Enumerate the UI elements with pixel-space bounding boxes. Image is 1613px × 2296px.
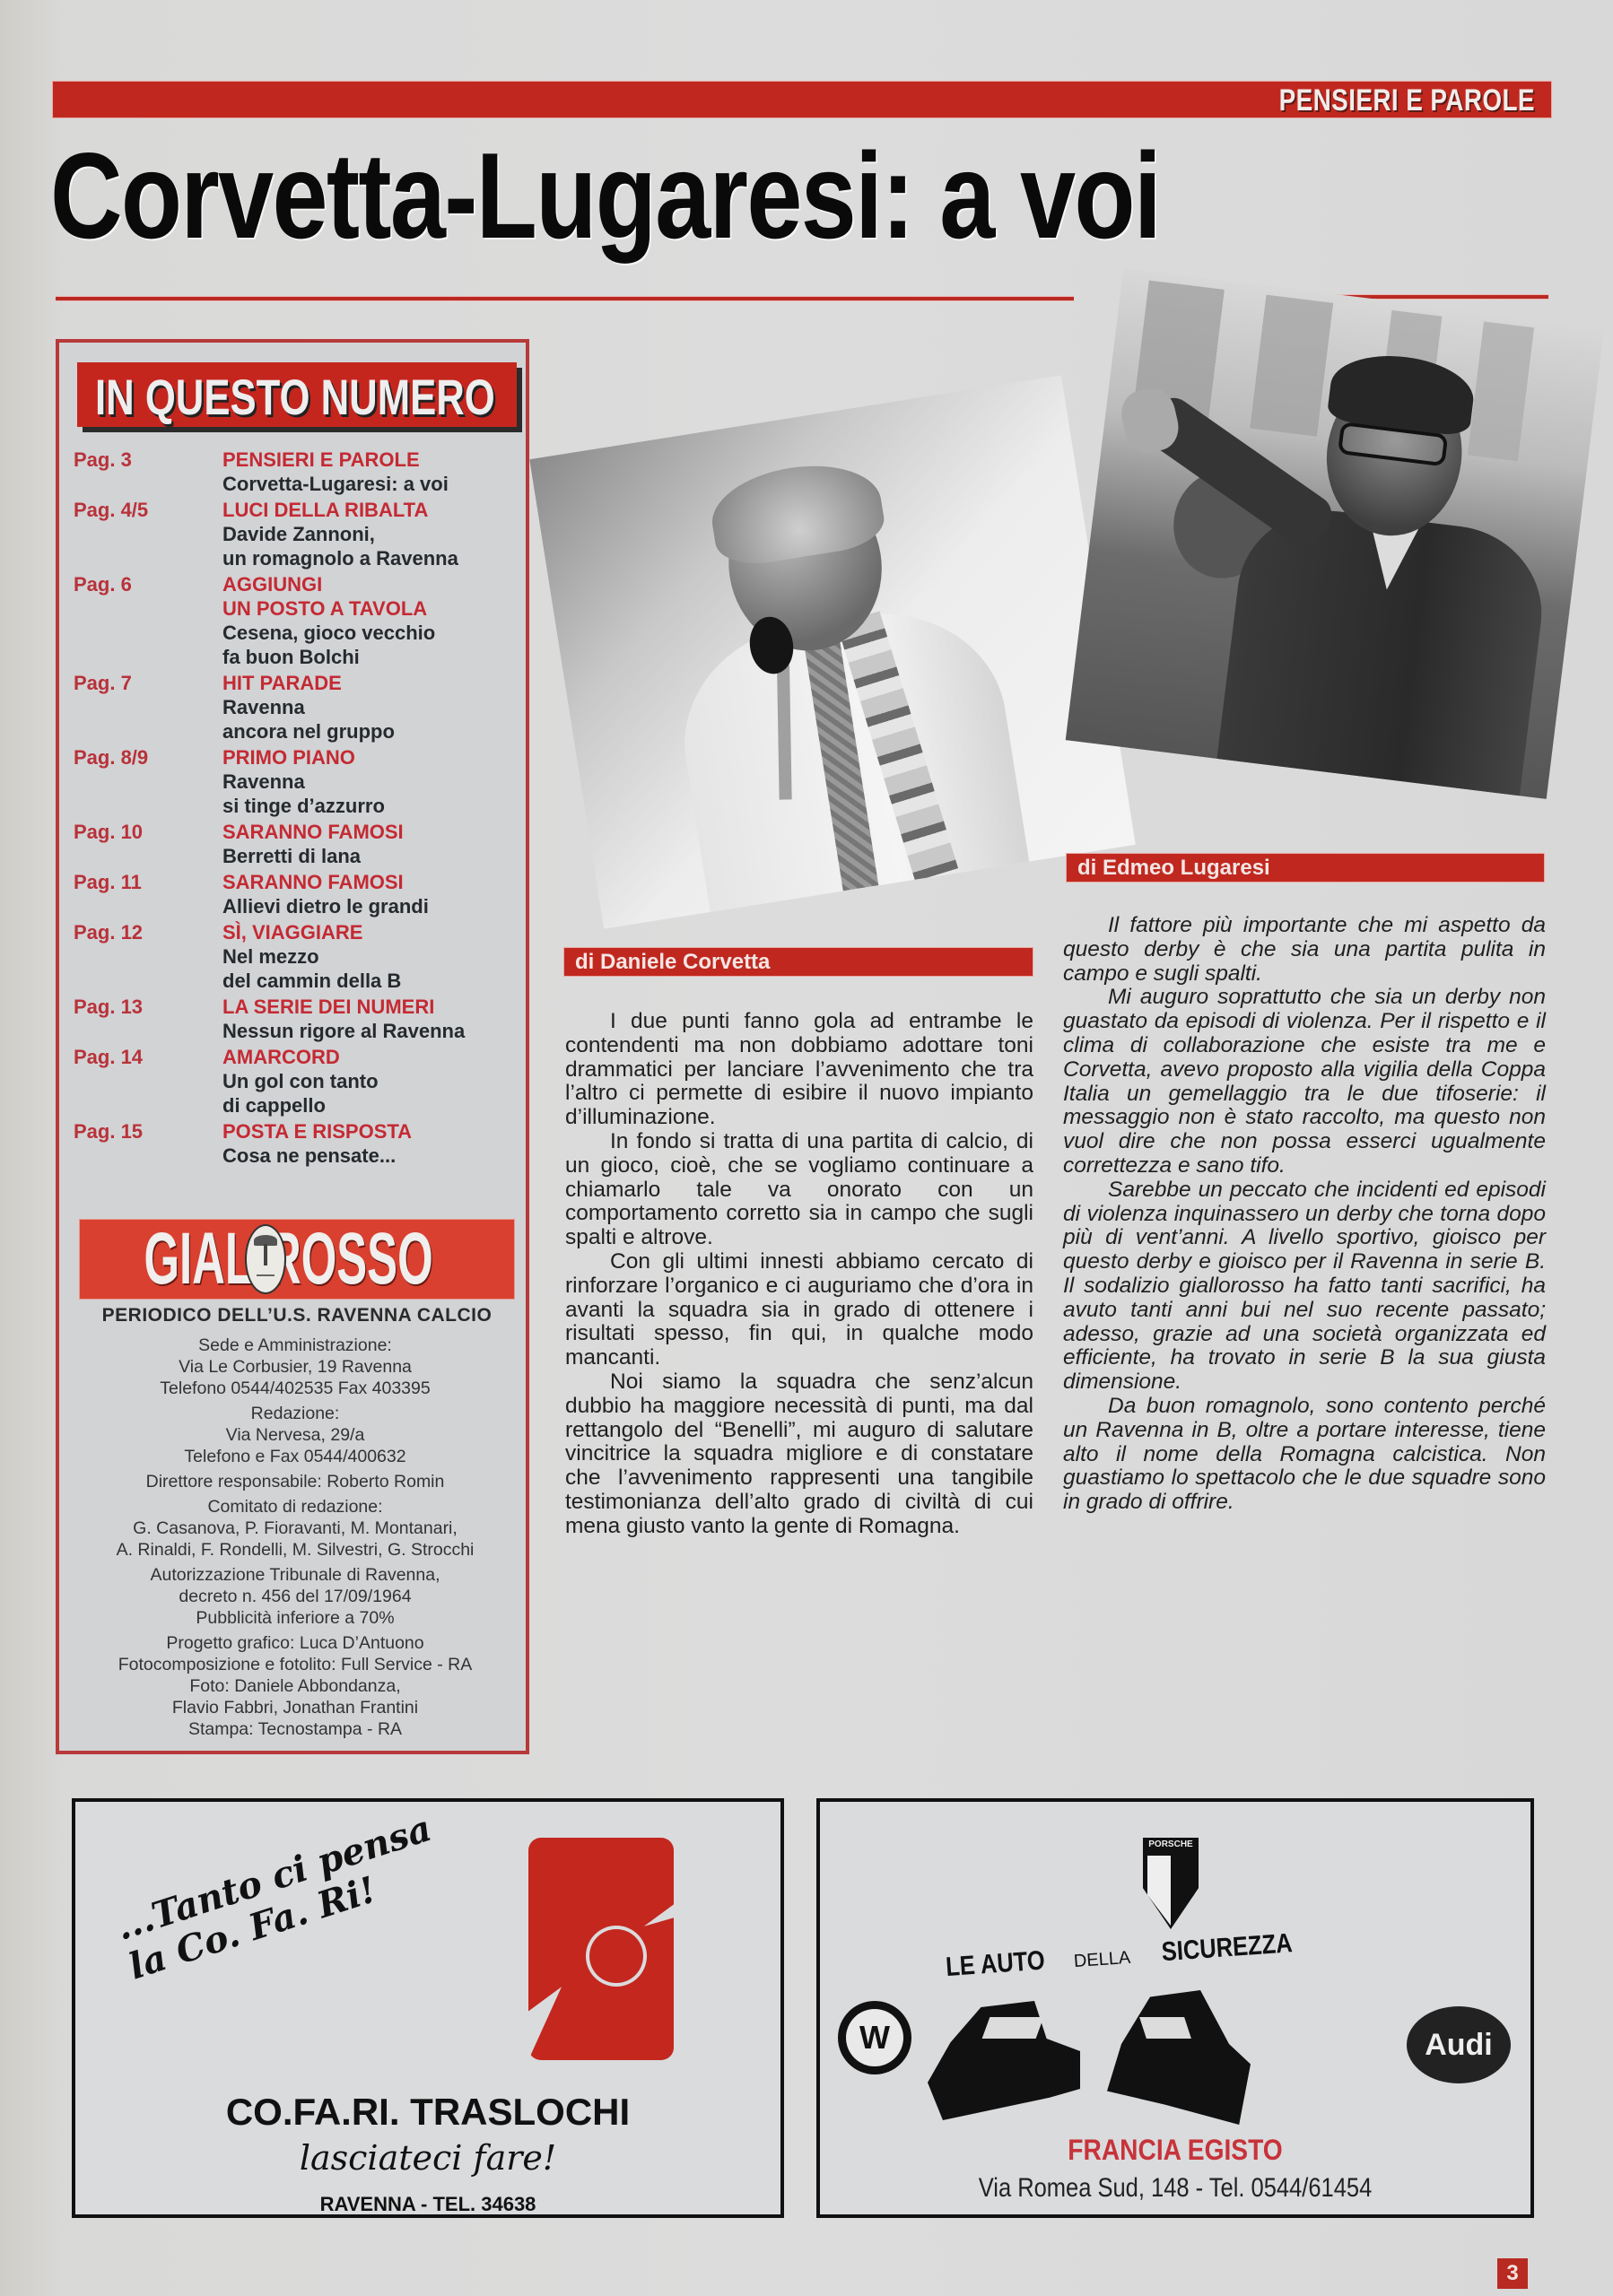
ad-cofari-traslochi: ...Tanto ci pensa la Co. Fa. Ri! CO.FA.R… <box>72 1798 784 2218</box>
golf-car-icon <box>928 1995 1080 2120</box>
toc-description: Nel mezzo <box>222 944 522 969</box>
divider <box>56 296 1074 301</box>
toc-page-number: Pag. 15 <box>74 1119 222 1168</box>
colophon-line: Foto: Daniele Abbondanza, <box>68 1675 522 1697</box>
toc-item[interactable]: Pag. 4/5LUCI DELLA RIBALTADavide Zannoni… <box>74 498 522 570</box>
audi-logo-icon: Audi <box>1407 2006 1511 2083</box>
toc-page-number: Pag. 6 <box>74 572 222 669</box>
colophon-line: Direttore responsabile: Roberto Romin <box>68 1471 522 1492</box>
colophon-line: Flavio Fabbri, Jonathan Frantini <box>68 1697 522 1718</box>
colophon: Sede e Amministrazione:Via Le Corbusier,… <box>68 1335 522 1744</box>
paragraph: Mi auguro soprattutto che sia un derby n… <box>1063 986 1546 1178</box>
toc-item[interactable]: Pag. 3PENSIERI E PAROLECorvetta-Lugaresi… <box>74 448 522 496</box>
toc-description: Nessun rigore al Ravenna <box>222 1019 522 1043</box>
photo-corvetta <box>529 375 1136 928</box>
paragraph: Da buon romagnolo, sono contento perché … <box>1063 1395 1546 1515</box>
section-label: PENSIERI E PAROLE <box>1279 83 1535 118</box>
toc-description: un romagnolo a Ravenna <box>222 546 522 570</box>
toc-description: Ravenna <box>222 695 522 719</box>
toc-title-banner: IN QUESTO NUMERO <box>77 362 517 427</box>
masthead-subtitle: PERIODICO DELL’U.S. RAVENNA CALCIO <box>79 1305 515 1326</box>
cofari-slogan: ...Tanto ci pensa la Co. Fa. Ri! <box>111 1808 449 1988</box>
toc-page-number: Pag. 12 <box>74 920 222 993</box>
colophon-line: Comitato di redazione: <box>68 1496 522 1518</box>
paragraph: Sarebbe un peccato che incidenti ed epis… <box>1063 1178 1546 1395</box>
toc-section-title: HIT PARADE <box>222 671 522 695</box>
toc-description: Allievi dietro le grandi <box>222 894 522 918</box>
colophon-line: Sede e Amministrazione: <box>68 1335 522 1356</box>
article-lugaresi: Il fattore più importante che mi aspetto… <box>1063 914 1546 1515</box>
paragraph: I due punti fanno gola ad entrambe le co… <box>565 1010 1033 1130</box>
toc-description: Corvetta-Lugaresi: a voi <box>222 472 522 496</box>
byline-lugaresi: di Edmeo Lugaresi <box>1066 853 1545 883</box>
toc-description: Cosa ne pensate... <box>222 1144 522 1168</box>
paragraph: Con gli ultimi innesti abbiamo cercato d… <box>565 1250 1033 1370</box>
byline-corvetta: di Daniele Corvetta <box>563 947 1033 977</box>
toc-title: IN QUESTO NUMERO <box>95 368 495 426</box>
audi-car-icon <box>1107 1990 1251 2125</box>
colophon-line: Redazione: <box>68 1403 522 1424</box>
colophon-line: Stampa: Tecnostampa - RA <box>68 1718 522 1740</box>
colophon-line: A. Rinaldi, F. Rondelli, M. Silvestri, G… <box>68 1539 522 1561</box>
dealer-contact: Via Romea Sud, 148 - Tel. 0544/61454 <box>873 2173 1477 2204</box>
toc-item[interactable]: Pag. 6AGGIUNGI UN POSTO A TAVOLACesena, … <box>74 572 522 669</box>
toc-page-number: Pag. 13 <box>74 995 222 1043</box>
cofari-logo-icon <box>528 1838 674 2060</box>
ad-francia-egisto: PORSCHE LE AUTO DELLA SICUREZZA W Audi F… <box>816 1798 1534 2218</box>
toc-item[interactable]: Pag. 7HIT PARADERavennaancora nel gruppo <box>74 671 522 744</box>
cofari-contact: RAVENNA - TEL. 34638 <box>75 2193 780 2216</box>
toc-item[interactable]: Pag. 8/9PRIMO PIANORavennasi tinge d’azz… <box>74 745 522 818</box>
toc-section-title: LUCI DELLA RIBALTA <box>222 498 522 522</box>
colophon-line: G. Casanova, P. Fioravanti, M. Montanari… <box>68 1518 522 1539</box>
toc-page-number: Pag. 11 <box>74 870 222 918</box>
toc-section-title: AGGIUNGI UN POSTO A TAVOLA <box>222 572 522 621</box>
toc-item[interactable]: Pag. 14AMARCORDUn gol con tantodi cappel… <box>74 1045 522 1118</box>
toc-description: Berretti di lana <box>222 844 522 868</box>
toc-section-title: AMARCORD <box>222 1045 522 1069</box>
paragraph: Il fattore più importante che mi aspetto… <box>1063 914 1546 986</box>
toc-description: Davide Zannoni, <box>222 522 522 546</box>
toc-section-title: LA SERIE DEI NUMERI <box>222 995 522 1019</box>
dealer-name: FRANCIA EGISTO <box>863 2134 1488 2167</box>
toc-description: del cammin della B <box>222 969 522 993</box>
toc-section-title: PENSIERI E PAROLE <box>222 448 522 472</box>
colophon-line: Via Nervesa, 29/a <box>68 1424 522 1446</box>
vw-logo-icon: W <box>838 2001 911 2074</box>
toc-description: ancora nel gruppo <box>222 719 522 744</box>
toc-description: fa buon Bolchi <box>222 645 522 669</box>
toc-description: Cesena, gioco vecchio <box>222 621 522 645</box>
toc-item[interactable]: Pag. 15POSTA E RISPOSTACosa ne pensate..… <box>74 1119 522 1168</box>
colophon-line: Fotocomposizione e fotolito: Full Servic… <box>68 1654 522 1675</box>
toc-item[interactable]: Pag. 10SARANNO FAMOSIBerretti di lana <box>74 820 522 868</box>
toc-section-title: SARANNO FAMOSI <box>222 820 522 844</box>
cofari-name: CO.FA.RI. TRASLOCHI <box>75 2091 780 2134</box>
giallorosso-masthead: GIALL ROSSO <box>79 1219 515 1300</box>
section-header-bar: PENSIERI E PAROLE <box>52 81 1552 118</box>
toc-item[interactable]: Pag. 11SARANNO FAMOSIAllievi dietro le g… <box>74 870 522 918</box>
colophon-line: Pubblicità inferiore a 70% <box>68 1607 522 1629</box>
toc-page-number: Pag. 3 <box>74 448 222 496</box>
toc-section-title: SÌ, VIAGGIARE <box>222 920 522 944</box>
toc-item[interactable]: Pag. 12SÌ, VIAGGIARENel mezzodel cammin … <box>74 920 522 993</box>
colophon-line: Telefono 0544/402535 Fax 403395 <box>68 1378 522 1399</box>
toc-page-number: Pag. 7 <box>74 671 222 744</box>
colophon-line: Progetto grafico: Luca D’Antuono <box>68 1632 522 1654</box>
masthead-right: ROSSO <box>268 1222 433 1296</box>
article-corvetta: I due punti fanno gola ad entrambe le co… <box>565 1010 1033 1539</box>
toc-page-number: Pag. 8/9 <box>74 745 222 818</box>
colophon-line: decreto n. 456 del 17/09/1964 <box>68 1586 522 1607</box>
colophon-line: Telefono e Fax 0544/400632 <box>68 1446 522 1467</box>
page-number: 3 <box>1497 2258 1528 2289</box>
ad-slogan: LE AUTO DELLA SICUREZZA <box>936 1919 1421 1984</box>
table-of-contents-box: IN QUESTO NUMERO Pag. 3PENSIERI E PAROLE… <box>56 339 529 1754</box>
toc-page-number: Pag. 4/5 <box>74 498 222 570</box>
toc-description: Un gol con tanto <box>222 1069 522 1093</box>
toc-description: Ravenna <box>222 770 522 794</box>
magazine-page: PENSIERI E PAROLE Corvetta-Lugaresi: a v… <box>0 0 1613 2296</box>
toc-item[interactable]: Pag. 13LA SERIE DEI NUMERINessun rigore … <box>74 995 522 1043</box>
paragraph: In fondo si tratta di una partita di cal… <box>565 1130 1033 1250</box>
colophon-line: Via Le Corbusier, 19 Ravenna <box>68 1356 522 1378</box>
toc-section-title: PRIMO PIANO <box>222 745 522 770</box>
colophon-line: Autorizzazione Tribunale di Ravenna, <box>68 1564 522 1586</box>
toc-page-number: Pag. 10 <box>74 820 222 868</box>
cofari-tagline: lasciateci fare! <box>75 2138 780 2178</box>
ravenna-crest-icon <box>245 1224 286 1294</box>
toc-description: di cappello <box>222 1093 522 1118</box>
toc-section-title: SARANNO FAMOSI <box>222 870 522 894</box>
toc-page-number: Pag. 14 <box>74 1045 222 1118</box>
photo-lugaresi <box>1066 268 1605 799</box>
toc-section-title: POSTA E RISPOSTA <box>222 1119 522 1144</box>
page-title: Corvetta-Lugaresi: a voi <box>50 135 1160 257</box>
toc-list: Pag. 3PENSIERI E PAROLECorvetta-Lugaresi… <box>74 448 522 1170</box>
toc-description: si tinge d’azzurro <box>222 794 522 818</box>
paragraph: Noi siamo la squadra che senz’alcun dubb… <box>565 1370 1033 1539</box>
